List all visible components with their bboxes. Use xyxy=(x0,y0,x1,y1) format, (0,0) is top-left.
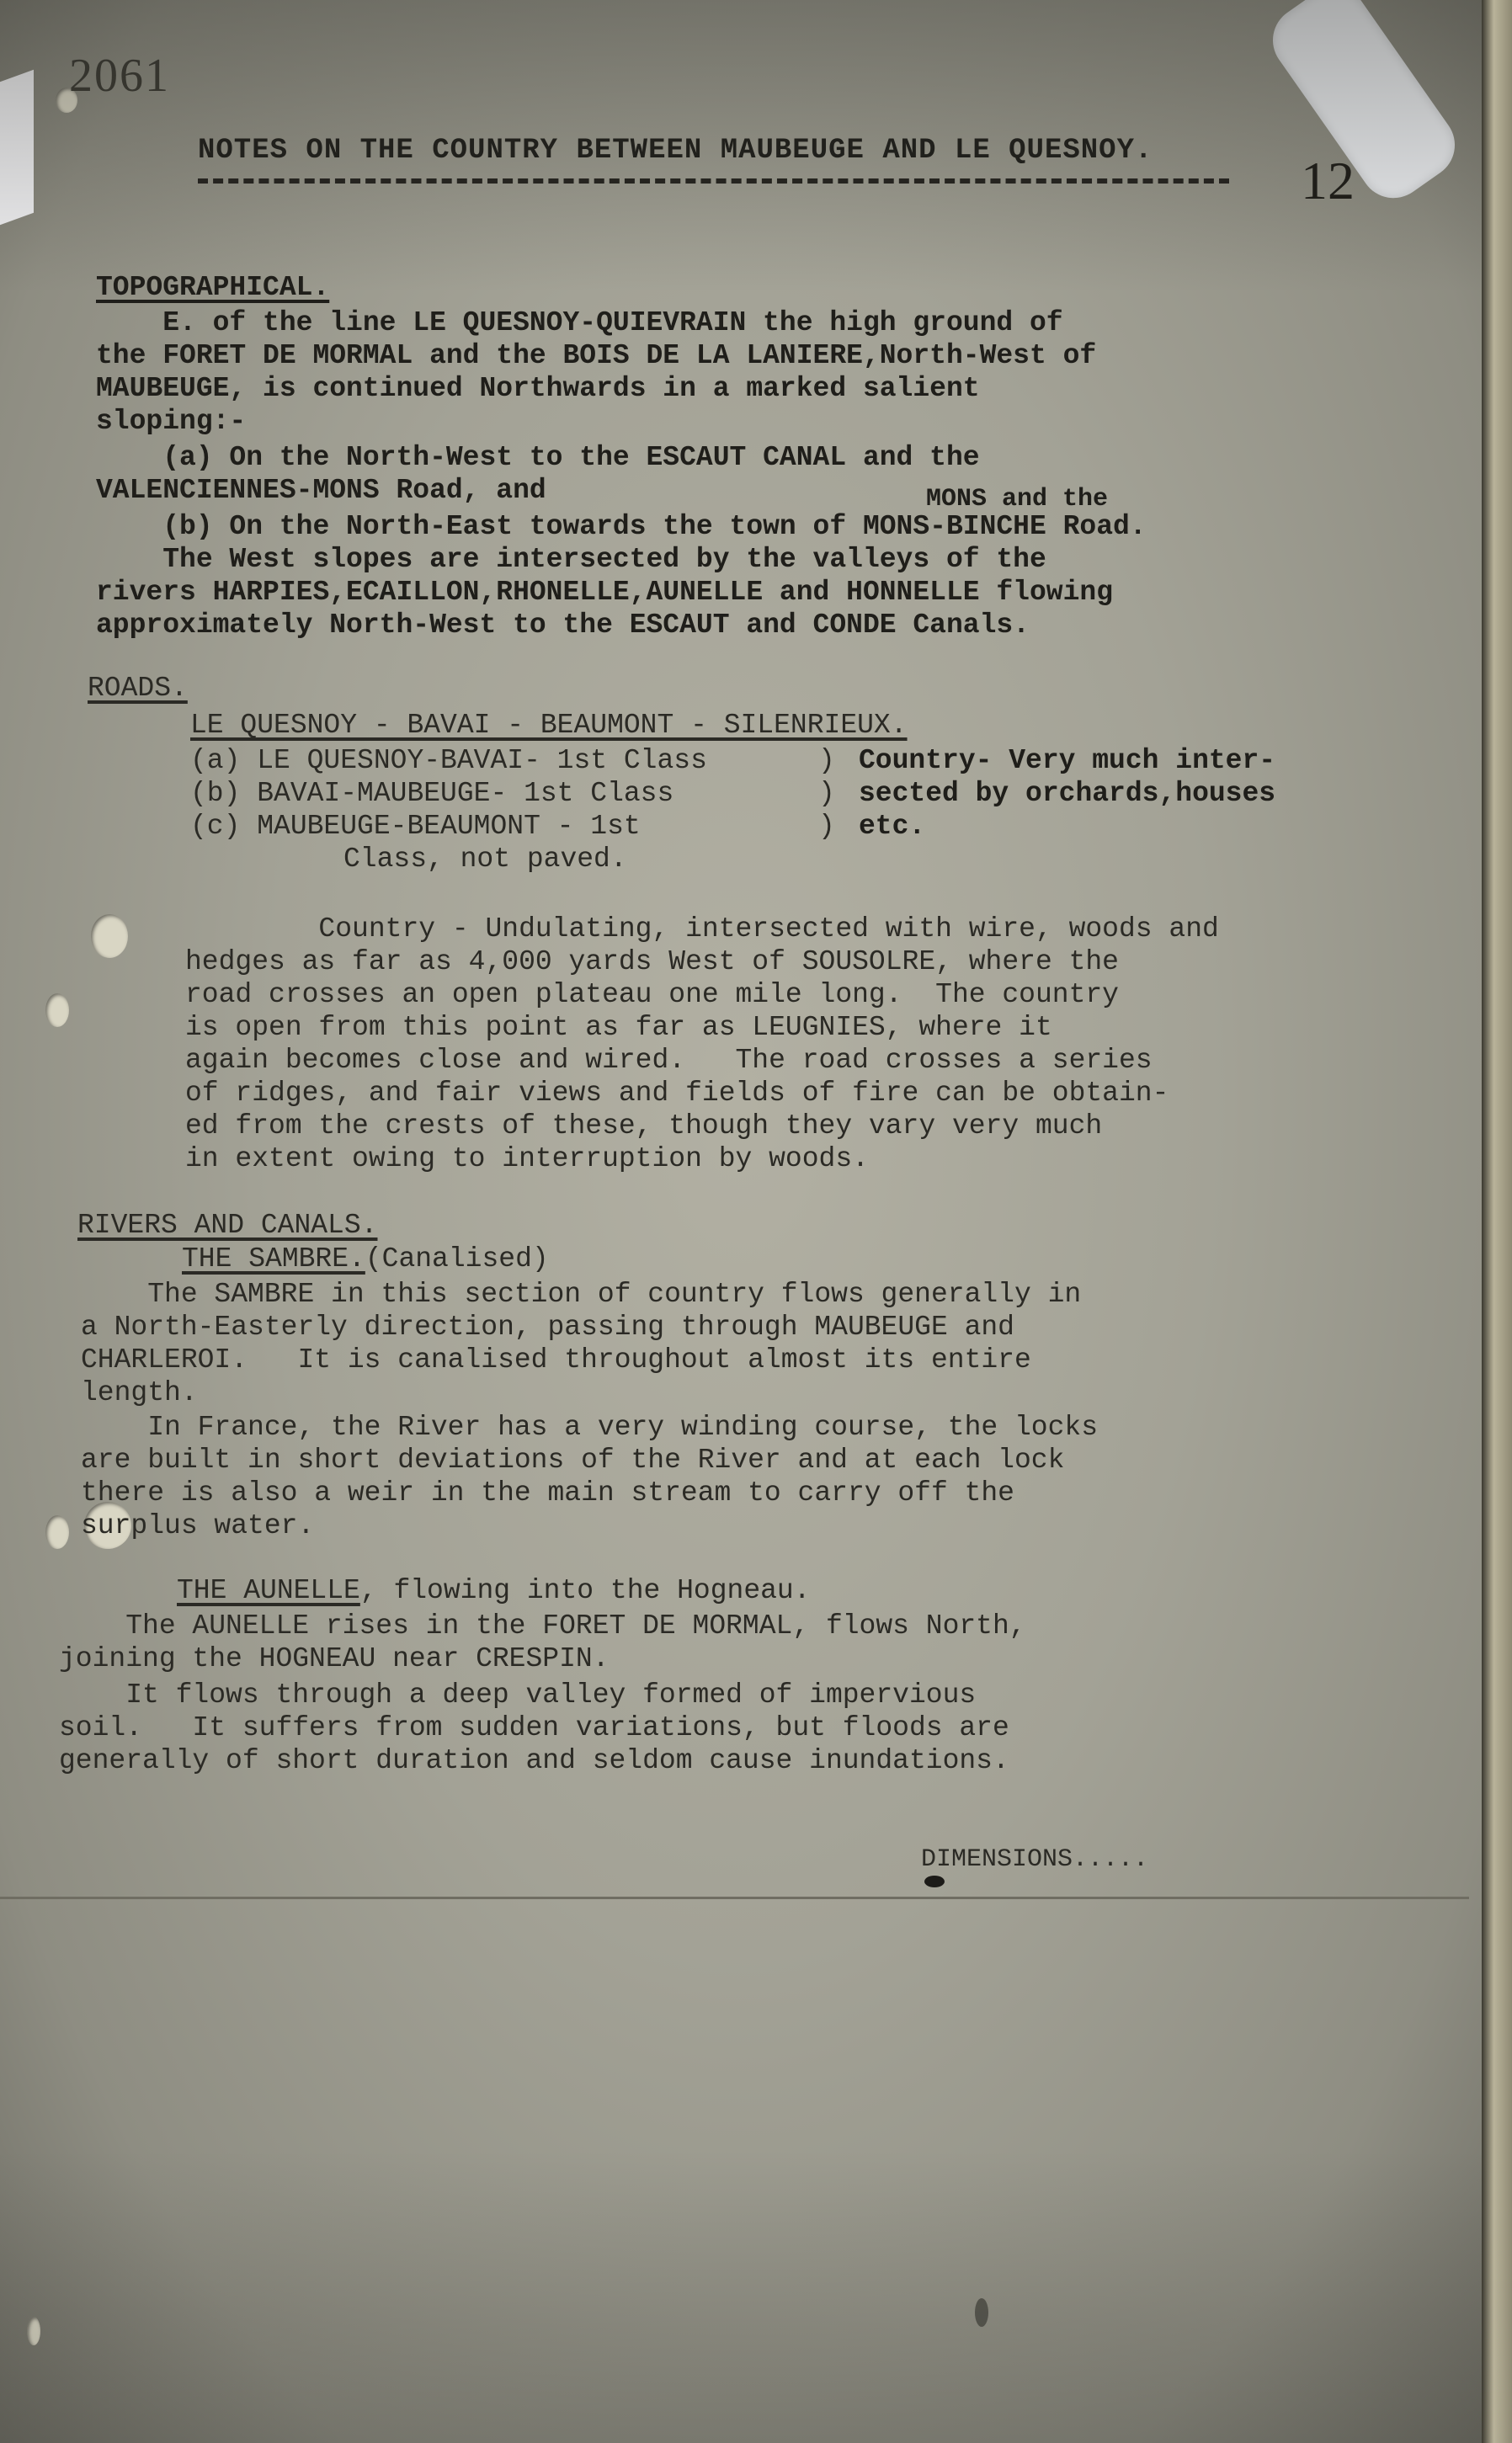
paragraph-line: MAUBEUGE, is continued Northwards in a m… xyxy=(96,372,980,405)
paragraph-line: In France, the River has a very winding … xyxy=(81,1411,1098,1444)
paragraph-line: surplus water. xyxy=(81,1509,314,1542)
paragraph-line: sloping:- xyxy=(96,405,246,438)
sambre-title-suffix: (Canalised) xyxy=(365,1243,549,1275)
paragraph-line: length. xyxy=(81,1376,198,1409)
page-number: 12 xyxy=(1301,150,1355,212)
section-heading-rivers-and-canals: RIVERS AND CANALS. xyxy=(77,1209,377,1242)
paragraph-line: E. of the line LE QUESNOY-QUIEVRAIN the … xyxy=(96,306,1063,339)
route-bracket: ) xyxy=(818,810,835,843)
paragraph-line: It flows through a deep valley formed of… xyxy=(59,1679,976,1711)
paper-edge-line xyxy=(0,1897,1469,1899)
subsection-heading-sambre: THE SAMBRE.(Canalised) xyxy=(182,1243,549,1275)
paragraph-line: The West slopes are intersected by the v… xyxy=(96,543,1046,576)
continuation-catchword: DIMENSIONS..... xyxy=(921,1844,1148,1876)
paragraph-line: approximately North-West to the ESCAUT a… xyxy=(96,609,1030,641)
paragraph-line: CHARLEROI. It is canalised throughout al… xyxy=(81,1344,1031,1376)
punch-hole xyxy=(45,1515,69,1549)
binding-ribbon xyxy=(1259,0,1467,211)
paragraph-line: joining the HOGNEAU near CRESPIN. xyxy=(59,1642,610,1675)
route-note: sected by orchards,houses xyxy=(859,777,1275,810)
sambre-title: THE SAMBRE. xyxy=(182,1243,365,1275)
section-heading-roads: ROADS. xyxy=(88,672,188,705)
paragraph-line: there is also a weir in the main stream … xyxy=(81,1477,1014,1509)
paragraph-line: ed from the crests of these, though they… xyxy=(185,1110,1102,1142)
route-heading: LE QUESNOY - BAVAI - BEAUMONT - SILENRIE… xyxy=(190,709,908,742)
punch-hole xyxy=(27,2317,40,2345)
paragraph-line: Country - Undulating, intersected with w… xyxy=(185,913,1219,945)
subsection-heading-aunelle: THE AUNELLE, flowing into the Hogneau. xyxy=(177,1574,811,1607)
punch-hole xyxy=(45,993,69,1027)
ink-blot xyxy=(924,1876,945,1887)
route-item-a: (a) LE QUESNOY-BAVAI- 1st Class xyxy=(190,744,707,777)
document-page: 2061 12 NOTES ON THE COUNTRY BETWEEN MAU… xyxy=(0,0,1482,2443)
punch-hole xyxy=(91,914,128,958)
reference-number: 2061 xyxy=(69,49,170,103)
route-bracket: ) xyxy=(818,744,835,777)
route-note: etc. xyxy=(859,810,925,843)
section-heading-topographical: TOPOGRAPHICAL. xyxy=(96,271,329,304)
route-bracket: ) xyxy=(818,777,835,810)
paragraph-line: (a) On the North-West to the ESCAUT CANA… xyxy=(96,441,980,474)
paragraph-line: of ridges, and fair views and fields of … xyxy=(185,1077,1169,1110)
aunelle-title-suffix: , flowing into the Hogneau. xyxy=(360,1575,811,1606)
paragraph-line: the FORET DE MORMAL and the BOIS DE LA L… xyxy=(96,339,1096,372)
paragraph-line: (b) On the North-East towards the town o… xyxy=(96,510,1147,543)
paragraph-line: are built in short deviations of the Riv… xyxy=(81,1444,1064,1477)
route-note: Country- Very much inter- xyxy=(859,744,1275,777)
ink-smudge xyxy=(975,2298,988,2327)
paragraph-line: soil. It suffers from sudden variations,… xyxy=(59,1711,1009,1744)
paragraph-line: road crosses an open plateau one mile lo… xyxy=(185,978,1119,1011)
paragraph-line: The AUNELLE rises in the FORET DE MORMAL… xyxy=(59,1610,1026,1642)
paragraph-line: hedges as far as 4,000 yards West of SOU… xyxy=(185,945,1119,978)
paragraph-line: The SAMBRE in this section of country fl… xyxy=(81,1278,1081,1311)
paragraph-line: again becomes close and wired. The road … xyxy=(185,1044,1153,1077)
binder-edge xyxy=(1482,0,1512,2443)
route-item-c: (c) MAUBEUGE-BEAUMONT - 1st xyxy=(190,810,641,843)
paragraph-line: VALENCIENNES-MONS Road, and xyxy=(96,474,546,507)
paper-slip xyxy=(0,70,34,226)
aunelle-title: THE AUNELLE xyxy=(177,1575,360,1606)
paragraph-line: a North-Easterly direction, passing thro… xyxy=(81,1311,1014,1344)
paragraph-line: in extent owing to interruption by woods… xyxy=(185,1142,869,1175)
paragraph-line: rivers HARPIES,ECAILLON,RHONELLE,AUNELLE… xyxy=(96,576,1113,609)
paragraph-line: is open from this point as far as LEUGNI… xyxy=(185,1011,1052,1044)
title-underline xyxy=(198,178,1229,184)
paragraph-line: generally of short duration and seldom c… xyxy=(59,1744,1009,1777)
document-title: NOTES ON THE COUNTRY BETWEEN MAUBEUGE AN… xyxy=(198,135,1153,167)
route-item-b: (b) BAVAI-MAUBEUGE- 1st Class xyxy=(190,777,673,810)
route-item-continuation: Class, not paved. xyxy=(343,843,627,876)
